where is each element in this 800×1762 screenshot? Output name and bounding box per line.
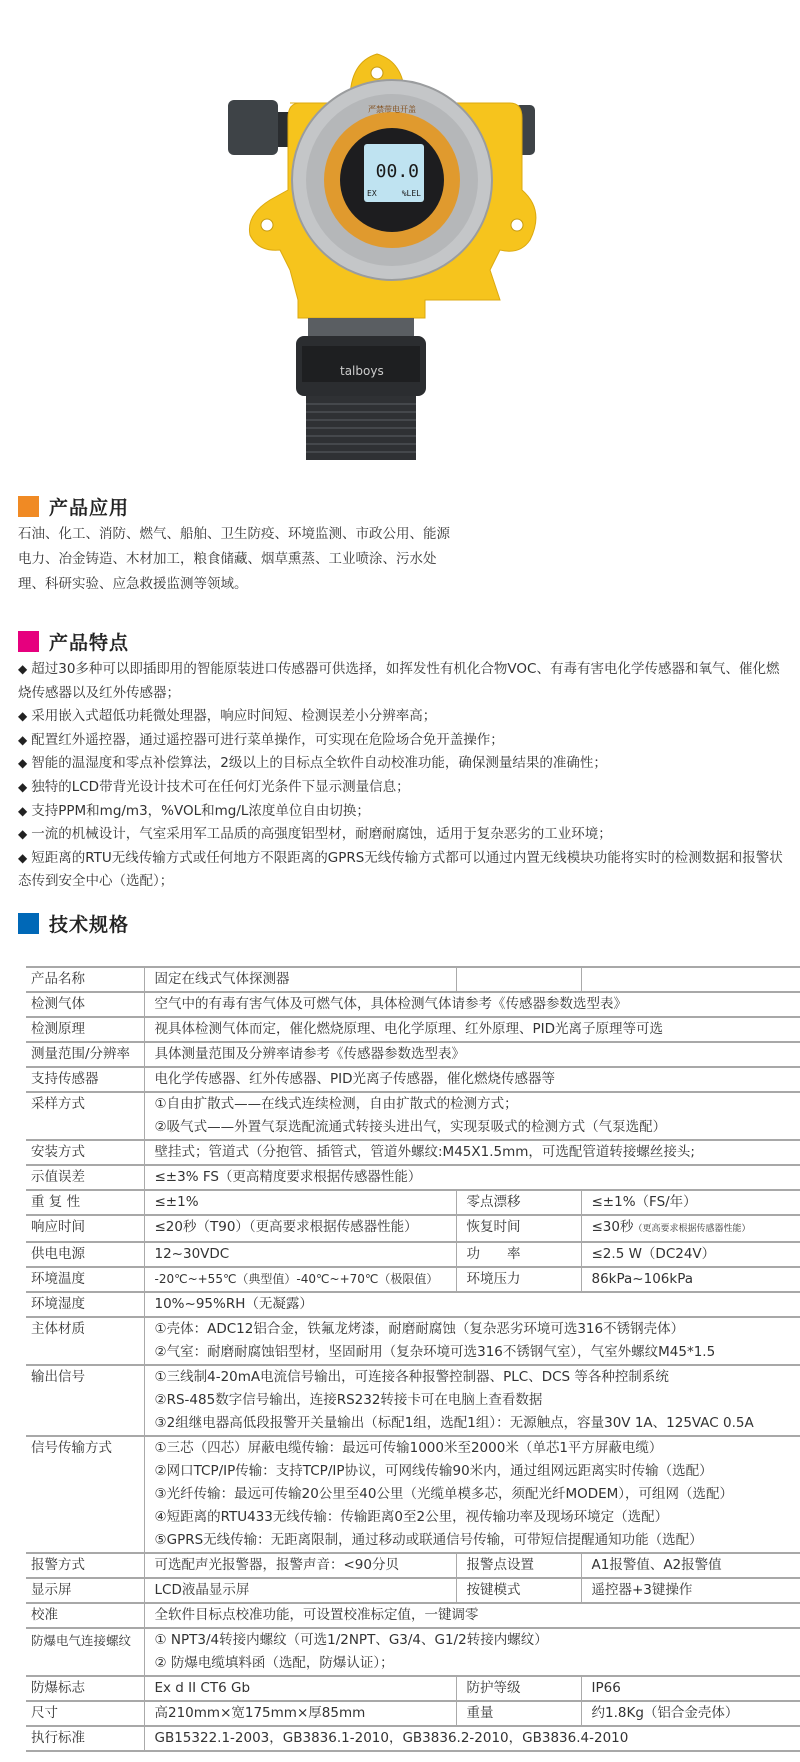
spec-row-power: 供电电源 12~30VDC 功 率 ≤2.5 W（DC24V） <box>26 1242 800 1267</box>
spec-row-transmission: 信号传输方式 ①三芯（四芯）屏蔽电缆传输：最远可传输1000米至2000米（单芯… <box>26 1436 800 1553</box>
spec-row-product-name: 产品名称 固定在线式气体探测器 <box>26 967 800 992</box>
spec-row-material: 主体材质 ①壳体：ADC12铝合金，铁氟龙烤漆，耐磨耐腐蚀（复杂恶劣环境可选31… <box>26 1317 800 1365</box>
section-title: 技术规格 <box>49 910 129 937</box>
svg-text:EX: EX <box>367 189 377 198</box>
svg-text:talboys: talboys <box>340 364 384 378</box>
spec-row-response: 响应时间 ≤20秒（T90）（更高要求根据传感器性能） 恢复时间 ≤30秒（更高… <box>26 1215 800 1242</box>
spec-row-calibration: 校准 全软件目标点校准功能，可设置校准标定值，一键调零 <box>26 1603 800 1628</box>
spec-row-standard: 执行标准 GB15322.1-2003，GB3836.1-2010，GB3836… <box>26 1726 800 1751</box>
diamond-bullet-icon: ◆ <box>18 733 27 747</box>
diamond-bullet-icon: ◆ <box>18 662 27 676</box>
feature-item: ◆短距离的RTU无线传输方式或任何地方不限距离的GPRS无线传输方式都可以通过内… <box>18 847 788 894</box>
spec-row-temp: 环境温度 -20℃~+55℃（典型值）-40℃~+70℃（极限值） 环境压力 8… <box>26 1267 800 1292</box>
spec-table: 产品名称 固定在线式气体探测器 检测气体 空气中的有毒有害气体及可燃气体，具体检… <box>26 966 800 1752</box>
svg-text:严禁带电开盖: 严禁带电开盖 <box>368 104 416 114</box>
spec-row-gas: 检测气体 空气中的有毒有害气体及可燃气体，具体检测气体请参考《传感器参数选型表》 <box>26 992 800 1017</box>
section-title: 产品应用 <box>49 493 129 520</box>
spec-row-output: 输出信号 ①三线制4-20mA电流信号输出，可连接各种报警控制器、PLC、DCS… <box>26 1365 800 1436</box>
feature-item: ◆一流的机械设计，气室采用军工品质的高强度铝型材，耐磨耐腐蚀，适用于复杂恶劣的工… <box>18 823 788 847</box>
section-heading-specs: 技术规格 <box>18 910 129 937</box>
feature-item: ◆支持PPM和mg/m3，%VOL和mg/L浓度单位自由切换； <box>18 800 788 824</box>
section-title: 产品特点 <box>49 628 129 655</box>
spec-row-display: 显示屏 LCD液晶显示屏 按键模式 遥控器+3键操作 <box>26 1578 800 1603</box>
section-heading-application: 产品应用 <box>18 493 129 520</box>
feature-item: ◆智能的温湿度和零点补偿算法，2级以上的目标点全软件自动校准功能，确保测量结果的… <box>18 752 788 776</box>
product-image: 00.0 EX %LEL 严禁带电开盖 talboys <box>200 40 600 460</box>
spec-row-sensors: 支持传感器 电化学传感器、红外传感器、PID光离子传感器，催化燃烧传感器等 <box>26 1067 800 1092</box>
spec-row-error: 示值误差 ≤±3% FS（更高精度要求根据传感器性能） <box>26 1165 800 1190</box>
feature-item: ◆配置红外遥控器，通过遥控器可进行菜单操作，可实现在危险场合免开盖操作； <box>18 729 788 753</box>
spec-row-humidity: 环境湿度 10%~95%RH（无凝露） <box>26 1292 800 1317</box>
spec-row-size: 尺寸 高210mm×宽175mm×厚85mm 重量 约1.8Kg（铝合金壳体） <box>26 1701 800 1726</box>
spec-row-install: 安装方式 壁挂式；管道式（分抱管、插管式，管道外螺纹:M45X1.5mm，可选配… <box>26 1140 800 1165</box>
svg-text:00.0: 00.0 <box>376 161 419 182</box>
diamond-bullet-icon: ◆ <box>18 780 27 794</box>
diamond-bullet-icon: ◆ <box>18 804 27 818</box>
diamond-bullet-icon: ◆ <box>18 827 27 841</box>
diamond-bullet-icon: ◆ <box>18 709 27 723</box>
svg-text:%LEL: %LEL <box>402 189 421 198</box>
spec-row-alarm: 报警方式 可选配声光报警器，报警声音：<90分贝 报警点设置 A1报警值、A2报… <box>26 1553 800 1578</box>
feature-item: ◆独特的LCD带背光设计技术可在任何灯光条件下显示测量信息； <box>18 776 788 800</box>
application-text: 石油、化工、消防、燃气、船舶、卫生防疫、环境监测、市政公用、能源电力、冶金铸造、… <box>18 522 458 597</box>
features-list: ◆超过30多种可以即插即用的智能原装进口传感器可供选择，如挥发性有机化合物VOC… <box>18 658 788 894</box>
spec-row-sampling: 采样方式 ①自由扩散式——在线式连续检测，自由扩散式的检测方式； ②吸气式——外… <box>26 1092 800 1140</box>
spec-row-ex-mark: 防爆标志 Ex d II CT6 Gb 防护等级 IP66 <box>26 1676 800 1701</box>
spec-row-range: 测量范围/分辨率 具体测量范围及分辨率请参考《传感器参数选型表》 <box>26 1042 800 1067</box>
spec-row-principle: 检测原理 视具体检测气体而定，催化燃烧原理、电化学原理、红外原理、PID光离子原… <box>26 1017 800 1042</box>
feature-item: ◆超过30多种可以即插即用的智能原装进口传感器可供选择，如挥发性有机化合物VOC… <box>18 658 788 705</box>
blue-square-icon <box>18 913 39 934</box>
feature-item: ◆采用嵌入式超低功耗微处理器，响应时间短、检测误差小分辨率高； <box>18 705 788 729</box>
magenta-square-icon <box>18 631 39 652</box>
diamond-bullet-icon: ◆ <box>18 756 27 770</box>
spec-row-thread: 防爆电气连接螺纹 ① NPT3/4转接内螺纹（可选1/2NPT、G3/4、G1/… <box>26 1628 800 1676</box>
orange-square-icon <box>18 496 39 517</box>
diamond-bullet-icon: ◆ <box>18 851 27 865</box>
spec-row-repeat: 重 复 性 ≤±1% 零点漂移 ≤±1%（FS/年） <box>26 1190 800 1215</box>
section-heading-features: 产品特点 <box>18 628 129 655</box>
